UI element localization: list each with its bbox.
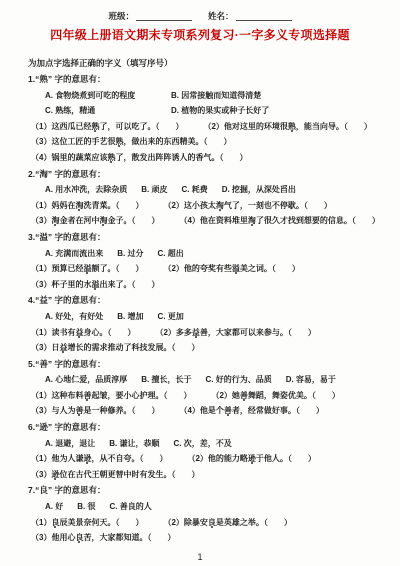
question-row: （3）与人为善是一种修养。（ ） （4）他是个善者，经常做好事。（ ） [28, 403, 394, 419]
option-row: A. 充满而流出来 B. 过分 C. 超出 [28, 246, 394, 262]
question: （1）读书有益身心。（ ） [31, 325, 135, 341]
option-row: A. 退避，退让 B. 谦让，恭顺 C. 次，差，不及 [28, 436, 394, 452]
question: （4）锅里的蔬菜应该熟了，散发出阵阵诱人的香气。（ ） [31, 150, 247, 166]
section-1-shu: 1.“熟” 字的意思有： A. 食物烧煮到可吃的程度 B. 因常接触而知道得清楚… [28, 72, 394, 166]
question-row: （3）日益增长的需求推动了科技发展。（ ） [28, 340, 394, 356]
option-row: A. 好 B. 很 C. 善良的人 [28, 499, 394, 515]
option-row: A. 心地仁爱，品质淳厚 B. 擅长，长于 C. 好的行为、品质 D. 容易，易… [28, 372, 394, 388]
question-row: （3）杯子里的水溢出来了。（ ） [28, 277, 394, 293]
question: （1）妈妈在淘洗青菜。（ ） [31, 198, 143, 214]
option: D. 植物的果实或种子长好了 [171, 103, 269, 119]
question: （2）这小孩太淘气了，一刻也不停歇。（ ） [163, 198, 331, 214]
question-row: （1）这西瓜已经熟了，可以吃了。（ ） （2）他对这里的环境很熟，能当向导。（ … [28, 119, 394, 135]
worksheet-page: 班级： 姓名： 四年级上册语文期末专项系列复习·一字多义专项选择题 为加点字选择… [0, 0, 400, 566]
question-row: （4）锅里的蔬菜应该熟了，散发出阵阵诱人的香气。（ ） [28, 150, 394, 166]
question: （2）多多益善，大家都可以来参与。（ ） [155, 325, 315, 341]
section-5-shan: 5.“善” 字的意思有： A. 心地仁爱，品质淳厚 B. 擅长，长于 C. 好的… [28, 357, 394, 419]
option-row: A. 用水冲洗，去除杂质 B. 顽皮 C. 耗费 D. 挖掘，从深处舀出 [28, 182, 394, 198]
option: B. 很 [77, 499, 95, 515]
option-row: A. 好处，有好处 B. 增加 C. 更加 [28, 309, 394, 325]
option: B. 顽皮 [141, 182, 167, 198]
option: A. 退避，退让 [45, 436, 95, 452]
question: （2）他对这里的环境很熟，能当向导。（ ） [203, 119, 371, 135]
section-heading: 6.“逊” 字的意思有： [28, 420, 394, 436]
section-3-yi: 3.“溢” 字的意思有： A. 充满而流出来 B. 过分 C. 超出 （1）预算… [28, 230, 394, 292]
question: （3）杯子里的水溢出来了。（ ） [31, 277, 159, 293]
option: C. 好的行为、品质 [205, 372, 271, 388]
question: （4）他是个善者，经常做好事。（ ） [179, 403, 323, 419]
option: A. 充满而流出来 [45, 246, 103, 262]
option: C. 善良的人 [109, 499, 151, 515]
question: （2）他的夸奖有些溢美之词。（ ） [163, 261, 299, 277]
question-row: （3）淘金者在河中淘金子。（ ） （4）他在资料堆里淘了很久才找到想要的信息。（… [28, 213, 394, 229]
section-heading: 5.“善” 字的意思有： [28, 357, 394, 373]
instruction-text: 为加点字选择正确的字义（填写序号） [28, 55, 394, 71]
question: （3）日益增长的需求推动了科技发展。（ ） [31, 340, 199, 356]
option: C. 超出 [157, 246, 183, 262]
section-2-tao: 2.“淘” 字的意思有： A. 用水冲洗，去除杂质 B. 顽皮 C. 耗费 D.… [28, 167, 394, 229]
question: （1）这种布料善起皱，要小心护理。（ ） [31, 388, 191, 404]
option: A. 食物烧煮到可吃的程度 [45, 88, 157, 104]
section-heading: 7.“良” 字的意思有： [28, 483, 394, 499]
option: A. 心地仁爱，品质淳厚 [45, 372, 127, 388]
question-row: （1）良辰美景奈何天。（ ） （2）除暴安良是英雄之举。（ ） [28, 515, 394, 531]
option: A. 好处，有好处 [45, 309, 103, 325]
question-row: （3）逊位在古代王朝更替中时有发生。（ ） [28, 467, 394, 483]
question: （3）他用心良苦，大家都知道。（ ） [31, 530, 175, 546]
header-blanks: 班级： 姓名： [28, 9, 372, 22]
page-number: 1 [28, 552, 372, 562]
class-label: 班级： [108, 10, 134, 22]
question-row: （3）这位工匠的手艺很熟，做出来的东西精美。（ ） [28, 134, 394, 150]
class-blank [136, 11, 192, 21]
section-4-yi: 4.“益” 字的意思有： A. 好处，有好处 B. 增加 C. 更加 （1）读书… [28, 293, 394, 355]
section-heading: 2.“淘” 字的意思有： [28, 167, 394, 183]
question-row: （1）妈妈在淘洗青菜。（ ） （2）这小孩太淘气了，一刻也不停歇。（ ） [28, 198, 394, 214]
question: （3）逊位在古代王朝更替中时有发生。（ ） [31, 467, 199, 483]
question: （3）淘金者在河中淘金子。（ ） [31, 213, 159, 229]
option: B. 增加 [117, 309, 143, 325]
option: D. 挖掘，从深处舀出 [222, 182, 296, 198]
option: B. 擅长，长于 [141, 372, 191, 388]
section-6-xun: 6.“逊” 字的意思有： A. 退避，退让 B. 谦让，恭顺 C. 次，差，不及… [28, 420, 394, 482]
option-row: C. 熟练，精通 D. 植物的果实或种子长好了 [28, 103, 394, 119]
section-heading: 1.“熟” 字的意思有： [28, 72, 394, 88]
question: （3）与人为善是一种修养。（ ） [31, 403, 159, 419]
option: C. 熟练，精通 [45, 103, 157, 119]
option: C. 更加 [157, 309, 183, 325]
section-7-liang: 7.“良” 字的意思有： A. 好 B. 很 C. 善良的人 （1）良辰美景奈何… [28, 483, 394, 545]
option: A. 用水冲洗，去除杂质 [45, 182, 127, 198]
option-row: A. 食物烧煮到可吃的程度 B. 因常接触而知道得清楚 [28, 88, 394, 104]
option: D. 容易，易于 [286, 372, 336, 388]
question-row: （1）读书有益身心。（ ） （2）多多益善，大家都可以来参与。（ ） [28, 325, 394, 341]
question: （2）除暴安良是英雄之举。（ ） [163, 515, 291, 531]
option: C. 次，差，不及 [173, 436, 231, 452]
question: （2）他的能力略逊于他人。（ ） [187, 451, 315, 467]
name-label: 姓名： [208, 10, 234, 22]
question-row: （3）他用心良苦，大家都知道。（ ） [28, 530, 394, 546]
option: B. 过分 [117, 246, 143, 262]
section-heading: 3.“溢” 字的意思有： [28, 230, 394, 246]
question: （1）这西瓜已经熟了，可以吃了。（ ） [31, 119, 183, 135]
option: B. 因常接触而知道得清楚 [171, 88, 261, 104]
section-heading: 4.“益” 字的意思有： [28, 293, 394, 309]
question: （2）她善舞蹈，舞姿优美。（ ） [211, 388, 339, 404]
question: （1）良辰美景奈何天。（ ） [31, 515, 143, 531]
question: （4）他在资料堆里淘了很久才找到想要的信息。（ ） [179, 213, 379, 229]
page-title: 四年级上册语文期末专项系列复习·一字多义专项选择题 [28, 27, 372, 44]
question: （3）这位工匠的手艺很熟，做出来的东西精美。（ ） [31, 134, 231, 150]
question-row: （1）预算已经溢额了。（ ） （2）他的夸奖有些溢美之词。（ ） [28, 261, 394, 277]
question: （1）预算已经溢额了。（ ） [31, 261, 143, 277]
name-blank [236, 11, 292, 21]
question-row: （1）这种布料善起皱，要小心护理。（ ） （2）她善舞蹈，舞姿优美。（ ） [28, 388, 394, 404]
option: C. 耗费 [181, 182, 207, 198]
question: （1）他为人谦逊，从不自夸。（ ） [31, 451, 167, 467]
option: A. 好 [45, 499, 63, 515]
option: B. 谦让，恭顺 [109, 436, 159, 452]
question-row: （1）他为人谦逊，从不自夸。（ ） （2）他的能力略逊于他人。（ ） [28, 451, 394, 467]
